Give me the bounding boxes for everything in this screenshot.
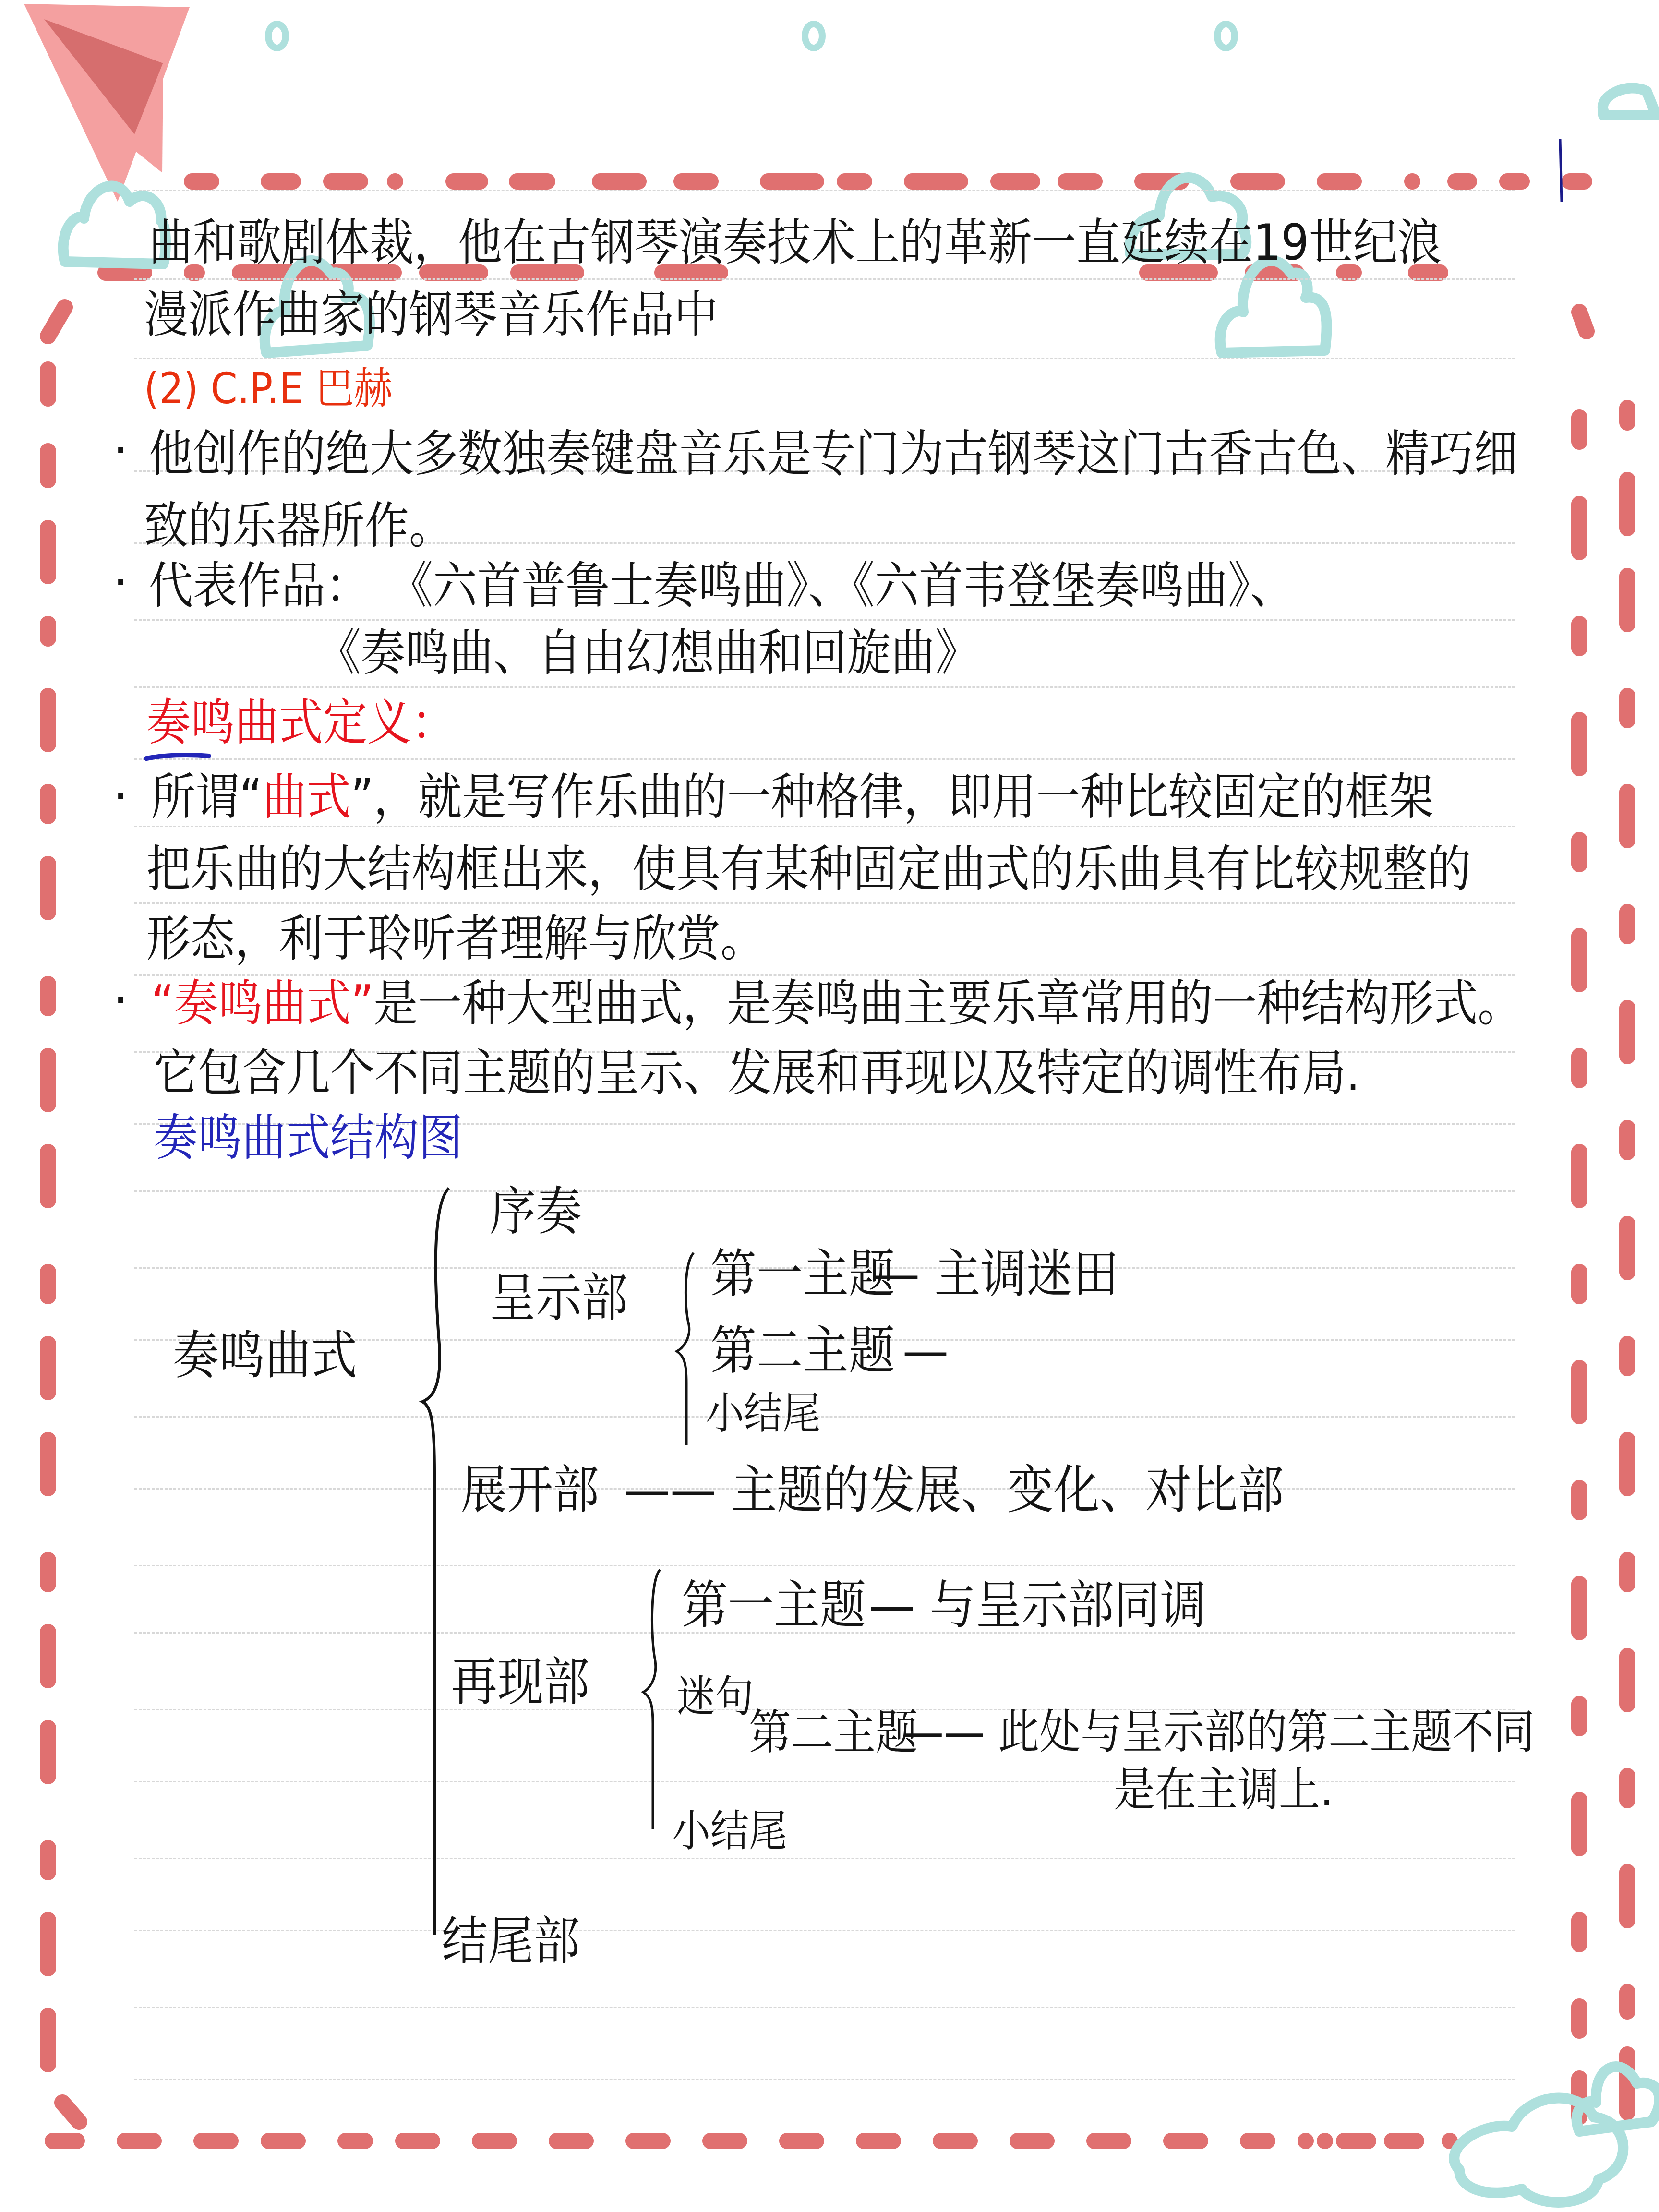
definition-b1-line-1: 所谓“曲式”，就是写作乐曲的一种格律，即用一种比较固定的框架 <box>151 773 1433 822</box>
ruled-line <box>134 1565 1515 1566</box>
ruled-line <box>134 278 1515 280</box>
recap-second-theme: 第二主题 <box>749 1709 918 1756</box>
recap-prefix: 迷句 <box>677 1675 754 1719</box>
ruled-line <box>134 686 1515 688</box>
ruled-line <box>134 1930 1515 1931</box>
diagram-section-recapitulation: 再现部 <box>451 1656 589 1708</box>
paper-plane-icon <box>24 4 190 202</box>
cpe-works-line-1: 他创作的绝大多数独奏键盘音乐是专门为古钢琴这门古香古色、精巧细 <box>149 430 1518 479</box>
ruled-line <box>134 902 1515 904</box>
brace-root <box>413 1186 461 1954</box>
exposition-first-theme: 第一主题 <box>710 1248 895 1300</box>
recap-second-theme-note: —— 此处与呈示部的第二主题不同 <box>902 1709 1535 1755</box>
intro-line-2: 漫派作曲家的钢琴音乐作品中 <box>144 290 718 340</box>
brace-recapitulation <box>638 1565 667 1834</box>
definition-b1-highlight: 曲式 <box>263 769 351 826</box>
definition-b2-highlight: “奏鸣曲式” <box>151 975 373 1033</box>
definition-heading: 奏鸣曲式定义： <box>146 698 456 748</box>
definition-b1-rest: ”，就是写作乐曲的一种格律，即用一种比较固定的框架 <box>351 769 1434 826</box>
ruled-line <box>134 190 1515 191</box>
bullet-dot: · <box>115 434 126 467</box>
diagram-root: 奏鸣曲式 <box>173 1330 357 1382</box>
exposition-first-theme-note: — 主调迷田 <box>874 1248 1119 1300</box>
ruled-line <box>134 1858 1515 1859</box>
ruled-line <box>134 2079 1515 2080</box>
definition-b1-prefix: 所谓“ <box>151 769 263 826</box>
section-heading-cpe-bach: (2) C.P.E 巴赫 <box>144 367 392 410</box>
ruled-line <box>134 758 1515 760</box>
cpe-works-line-2: 致的乐器所作。 <box>144 502 453 551</box>
diagram-section-exposition: 呈示部 <box>490 1272 628 1324</box>
definition-b1-line-3: 形态，利于聆听者理解与欣赏。 <box>146 914 765 964</box>
intro-line-1: 曲和歌剧体裁，他在古钢琴演奏技术上的革新一直延续在19世纪浪 <box>149 218 1442 268</box>
diagram-section-introduction: 序奏 <box>490 1186 582 1238</box>
definition-b1-line-2: 把乐曲的大结构框出来，使具有某种固定曲式的乐曲具有比较规整的 <box>146 845 1471 894</box>
diagram-development-note: —— 主题的发展、变化、对比部 <box>624 1464 1284 1516</box>
diagram-title: 奏鸣曲式结构图 <box>154 1114 463 1163</box>
diagram-section-development: 展开部 <box>461 1464 599 1516</box>
recap-first-theme-note: — 与呈示部同调 <box>869 1579 1206 1631</box>
representative-works-line-1: 《六首普鲁士奏鸣曲》、《六首韦登堡奏鸣曲》、 <box>389 562 1294 611</box>
representative-works-label: 代表作品： <box>149 562 370 611</box>
exposition-codetta: 小结尾 <box>706 1392 821 1435</box>
ruled-line <box>134 1190 1515 1192</box>
recap-second-theme-note-line-2: 是在主调上. <box>1114 1767 1333 1813</box>
brace-exposition <box>672 1248 701 1450</box>
ruled-line <box>134 358 1515 359</box>
bullet-dot: · <box>115 984 126 1016</box>
bullet-dot: · <box>115 566 126 599</box>
bullet-dot: · <box>115 780 126 812</box>
exposition-second-theme: 第二主题 <box>710 1325 895 1377</box>
exposition-second-theme-note: — <box>902 1325 949 1377</box>
ruled-line <box>134 2007 1515 2008</box>
definition-b2-rest: 是一种大型曲式，是奏鸣曲主要乐章常用的一种结构形式。 <box>373 975 1522 1033</box>
ruled-line <box>134 1416 1515 1418</box>
representative-works-line-2: 《奏鸣曲、自由幻想曲和回旋曲》 <box>317 629 979 678</box>
recap-codetta: 小结尾 <box>672 1810 787 1853</box>
definition-b2-line-2: 它包含几个不同主题的呈示、发展和再现以及特定的调性布局. <box>154 1049 1360 1098</box>
blue-underline <box>144 751 211 766</box>
recap-first-theme: 第一主题 <box>682 1579 866 1631</box>
definition-b2-line-1: “奏鸣曲式”是一种大型曲式，是奏鸣曲主要乐章常用的一种结构形式。 <box>151 979 1522 1029</box>
diagram-section-coda: 结尾部 <box>442 1915 580 1967</box>
ruled-line <box>134 619 1515 621</box>
